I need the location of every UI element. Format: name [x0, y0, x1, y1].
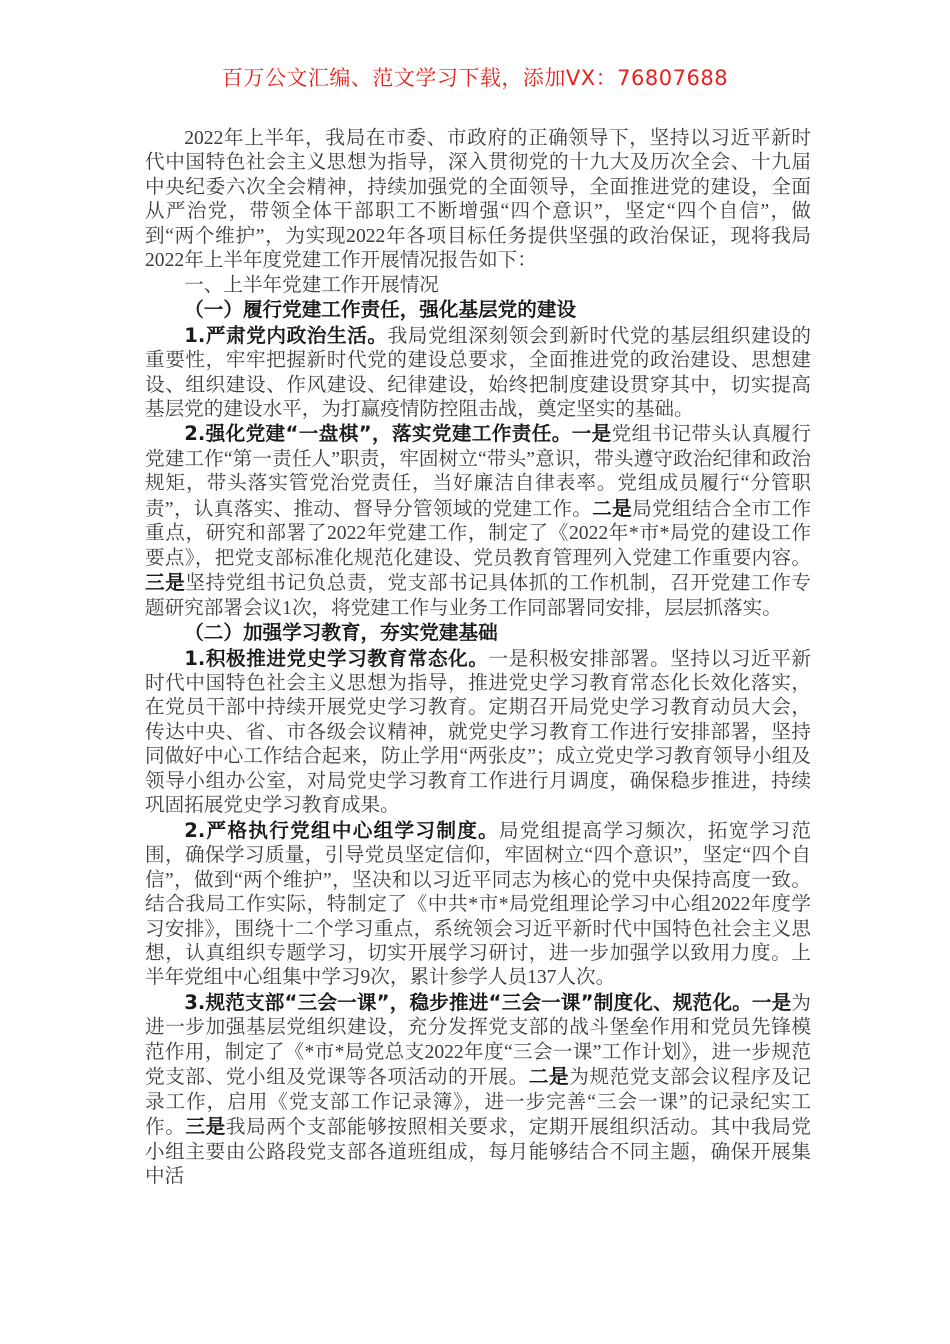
- bold-text-run: 1.积极推进党史学习教育常态化。: [184, 647, 488, 670]
- bold-text-run: 2.严格执行党组中心组学习制度。: [184, 819, 499, 842]
- bold-text-run: 三是: [185, 1115, 225, 1138]
- paragraph: 2.强化党建“一盘棋”，落实党建工作责任。一是党组书记带头认真履行党建工作“第一…: [145, 422, 811, 621]
- text-run: 我局两个支部能够按照相关要求，定期开展组织活动。其中我局党小组主要由公路段党支部…: [145, 1117, 811, 1187]
- bold-text-run: （二）加强学习教育，夯实党建基础: [184, 621, 498, 644]
- paragraph: 2.严格执行党组中心组学习制度。局党组提高学习频次，拓宽学习范围，确保学习质量，…: [145, 819, 811, 991]
- document-body: 2022年上半年，我局在市委、市政府的正确领导下，坚持以习近平新时代中国特色社会…: [145, 127, 811, 1189]
- text-run: 局党组提高学习频次，拓宽学习范围，确保学习质量，引导党员坚定信仰，牢固树立“四个…: [145, 821, 811, 989]
- section-heading: 一、上半年党建工作开展情况: [145, 274, 811, 298]
- bold-text-run: 二是: [592, 497, 632, 520]
- paragraph: 1.严肃党内政治生活。我局党组深刻领会到新时代党的基层组织建设的重要性，牢牢把握…: [145, 324, 811, 423]
- promo-header-text: 百万公文汇编、范文学习下载，添加VX：76807688: [0, 0, 950, 91]
- bold-text-run: 3.规范支部“三会一课”，稳步推进“三会一课”制度化、规范化。一是: [184, 991, 791, 1014]
- bold-text-run: 1.严肃党内政治生活。: [184, 324, 387, 347]
- bold-text-run: 二是: [529, 1065, 569, 1088]
- bold-text-run: 三是: [145, 571, 185, 594]
- text-run: 一是积极安排部署。坚持以习近平新时代中国特色社会主义思想为指导，推进党史学习教育…: [145, 649, 811, 817]
- paragraph: 3.规范支部“三会一课”，稳步推进“三会一课”制度化、规范化。一是为进一步加强基…: [145, 991, 811, 1190]
- text-run: 一、上半年党建工作开展情况: [184, 275, 439, 296]
- text-run: 2022年上半年，我局在市委、市政府的正确领导下，坚持以习近平新时代中国特色社会…: [145, 128, 811, 271]
- paragraph: 1.积极推进党史学习教育常态化。一是积极安排部署。坚持以习近平新时代中国特色社会…: [145, 647, 811, 819]
- paragraph: 2022年上半年，我局在市委、市政府的正确领导下，坚持以习近平新时代中国特色社会…: [145, 127, 811, 274]
- text-run: 坚持党组书记负总责，党支部书记具体抓的工作机制，召开党建工作专题研究部署会议1次…: [145, 573, 811, 618]
- bold-text-run: （一）履行党建工作责任，强化基层党的建设: [184, 298, 576, 321]
- bold-text-run: 2.强化党建“一盘棋”，落实党建工作责任。一是: [184, 422, 611, 445]
- section-heading: （二）加强学习教育，夯实党建基础: [145, 621, 811, 646]
- section-heading: （一）履行党建工作责任，强化基层党的建设: [145, 298, 811, 323]
